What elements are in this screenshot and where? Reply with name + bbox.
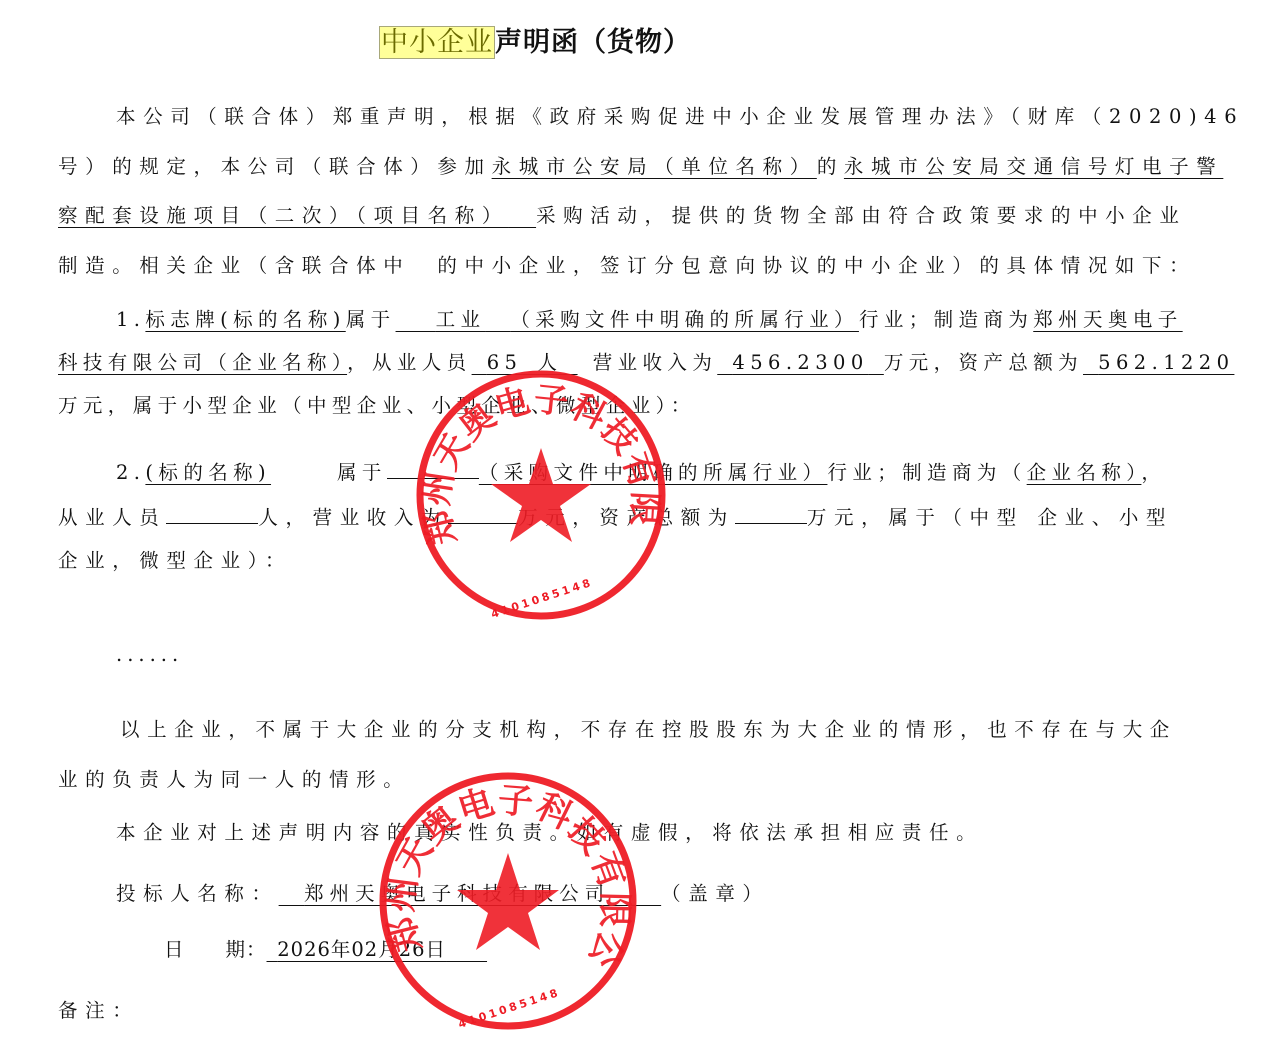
text: 人 [538, 351, 563, 374]
text: 万元，资产总额为 [518, 506, 735, 529]
date-value: 2026年02月26日 [277, 938, 446, 961]
title-text: 声明函（货物） [495, 27, 691, 58]
item2-line2: 从业人员人，营业收入为万元，资产总额为万元，属于（中型 企业、小型 [58, 502, 1192, 530]
item1-line2: 科技有限公司（企业名称），从业人员 65 人 营业收入为 456.2300 万元… [58, 347, 1192, 375]
title-highlight: 中小企业 [379, 26, 495, 59]
item1-revenue-value: 456.2300 [732, 351, 868, 374]
item1-subject: 标志牌(标的名称) [145, 308, 345, 331]
text: ，从业人员 [347, 351, 472, 374]
item1-industry: 工业 [436, 308, 486, 331]
item1-manufacturer-part1: 郑州天奥电子 [1033, 308, 1182, 331]
document-page: 中小企业声明函（货物） 本公司（联合体）郑重声明，根据《政府采购促进中小企业发展… [0, 0, 1287, 1037]
purchaser-name: 永城市公安局（单位名称） [492, 155, 817, 178]
text: 万元，资产总额为 [884, 351, 1083, 374]
text: 人，营业收入为 [258, 506, 448, 529]
para1-line3: 察配套设施项目（二次）（项目名称） 采购活动，提供的货物全部由符合政策要求的中小… [58, 200, 1192, 228]
item2-line1: 2.(标的名称)属于（采购文件中明确的所属行业）行业；制造商为（企业名称）， [58, 457, 1192, 485]
item1-line1: 1.标志牌(标的名称)属于 工业 （采购文件中明确的所属行业）行业；制造商为郑州… [58, 304, 1192, 332]
date-line: 日 期： 2026年02月26日 [164, 934, 1287, 962]
para3: 本企业对上述声明内容的真实性负责。如有虚假，将依法承担相应责任。 [116, 817, 1250, 845]
item1-assets-value: 562.1220 [1098, 351, 1234, 374]
seal-note: （盖章） [661, 882, 769, 905]
ellipsis: ...... [116, 643, 1250, 666]
para1-line1: 本公司（联合体）郑重声明，根据《政府采购促进中小企业发展管理办法》（财库（202… [58, 101, 1192, 129]
text: 采购活动，提供的货物全部由符合政策要求的中小企业 [536, 204, 1186, 227]
text: 行业；制造商为 [859, 308, 1033, 331]
project-name-part1: 永城市公安局交通信号灯电子警 [844, 155, 1223, 178]
item2-assets-blank [735, 505, 807, 524]
item1-staff-value: 65 [487, 351, 523, 374]
text: 万元，属于（中型 企业、小型 [807, 506, 1173, 529]
bidder-line: 投标人名称： 郑州天奥电子科技有限公司 （盖章） [116, 878, 1250, 906]
page-title: 中小企业声明函（货物） [0, 20, 1070, 59]
text: （采购文件中明确的所属行业） [510, 308, 859, 331]
item2-subject: (标的名称) [145, 461, 271, 484]
text: 营业收入为 [593, 351, 718, 374]
bidder-name: 郑州天奥电子科技有限公司 [304, 882, 610, 905]
item2-line3: 企业，微型企业）： [58, 545, 1192, 573]
text: 号）的规定，本公司（联合体）参加 [58, 155, 492, 178]
item-number: 2. [116, 461, 145, 484]
item2-staff-blank [166, 505, 258, 524]
remarks-label: 备注： [58, 995, 1192, 1023]
date-label: 日 期： [164, 938, 267, 961]
item2-manufacturer: 企业名称） [1027, 461, 1142, 484]
para1-line2: 号）的规定，本公司（联合体）参加永城市公安局（单位名称）的永城市公安局交通信号灯… [58, 151, 1192, 179]
item2-industry-blank [387, 460, 479, 479]
item2-revenue-blank [448, 505, 518, 524]
text: 属于 [346, 308, 396, 331]
text: 属于 [337, 461, 387, 484]
text: 的 [817, 155, 844, 178]
text: 从业人员 [58, 506, 166, 529]
text: 行业；制造商为（ [827, 461, 1026, 484]
item1-line3: 万元，属于小型企业（中型企业、小型企业、微型企业）： [58, 390, 1192, 418]
svg-text:4101085148: 4101085148 [489, 576, 594, 621]
bidder-label: 投标人名称： [116, 882, 279, 905]
text: （采购文件中明确的所属行业） [479, 461, 828, 484]
text: ， [1141, 461, 1166, 484]
item-number: 1. [116, 308, 145, 331]
para2-line2: 业的负责人为同一人的情形。 [58, 764, 1192, 792]
para2-line1: 以上企业，不属于大企业的分支机构，不存在控股股东为大企业的情形，也不存在与大企 [58, 714, 1192, 742]
project-name-part2: 察配套设施项目（二次）（项目名称） [58, 204, 509, 227]
para1-line4: 制造。相关企业（含联合体中 的中小企业，签订分包意向协议的中小企业）的具体情况如… [58, 250, 1192, 278]
item1-manufacturer-part2: 科技有限公司（企业名称） [58, 351, 347, 374]
